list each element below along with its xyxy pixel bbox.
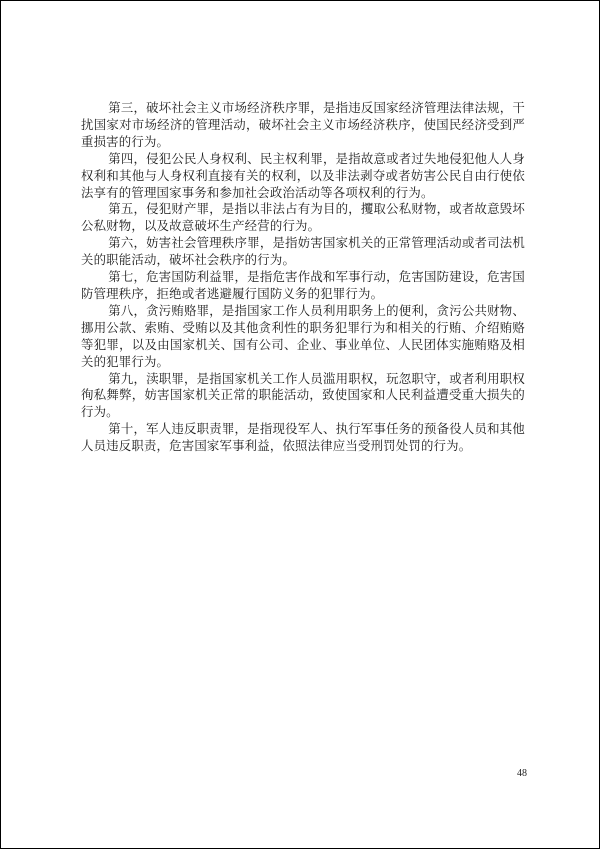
paragraph-dereliction-crime: 第九，渎职罪，是指国家机关工作人员滥用职权，玩忽职守，或者利用职权徇私舞弊，妨害… — [81, 371, 525, 422]
document-page: 第三，破坏社会主义市场经济秩序罪，是指违反国家经济管理法律法规，干扰国家对市场经… — [0, 0, 600, 849]
page-number: 48 — [517, 768, 527, 779]
paragraph-corruption-bribery-crime: 第八，贪污贿赂罪，是指国家工作人员利用职务上的便利，贪污公共财物、挪用公款、索贿… — [81, 303, 525, 371]
paragraph-social-order-crime: 第六，妨害社会管理秩序罪，是指妨害国家机关的正常管理活动或者司法机关的职能活动，… — [81, 235, 525, 269]
body-text: 第三，破坏社会主义市场经济秩序罪，是指违反国家经济管理法律法规，干扰国家对市场经… — [81, 100, 525, 455]
paragraph-property-crime: 第五，侵犯财产罪，是指以非法占有为目的，攫取公私财物，或者故意毁坏公私财物，以及… — [81, 201, 525, 235]
paragraph-economic-order-crime: 第三，破坏社会主义市场经济秩序罪，是指违反国家经济管理法律法规，干扰国家对市场经… — [81, 100, 525, 151]
paragraph-national-defense-crime: 第七，危害国防利益罪，是指危害作战和军事行动，危害国防建设，危害国防管理秩序，拒… — [81, 269, 525, 303]
paragraph-personal-rights-crime: 第四，侵犯公民人身权利、民主权利罪，是指故意或者过失地侵犯他人人身权利和其他与人… — [81, 151, 525, 202]
paragraph-military-duty-crime: 第十，军人违反职责罪，是指现役军人、执行军事任务的预备役人员和其他人员违反职责，… — [81, 421, 525, 455]
